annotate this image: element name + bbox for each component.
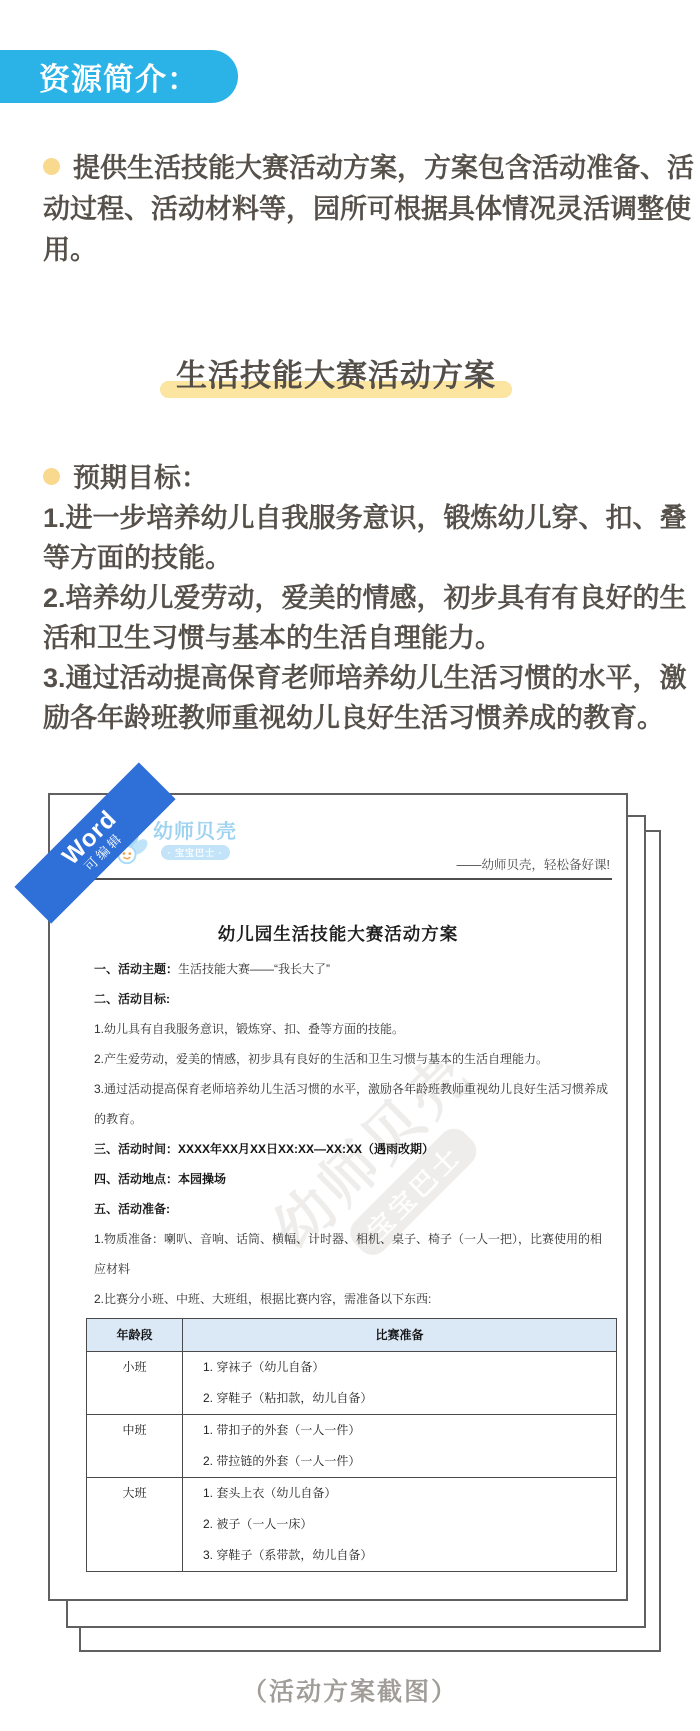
table-row: 大班1. 套头上衣（幼儿自备）2. 被子（一人一床）3. 穿鞋子（系带款，幼儿自…: [87, 1478, 617, 1572]
goal-item: 3.通过活动提高保育老师培养幼儿生活习惯的水平，激励各年龄班教师重视幼儿良好生活…: [43, 658, 700, 738]
doc-title: 幼儿园生活技能大赛活动方案: [50, 921, 626, 946]
age-group-cell: 大班: [87, 1478, 183, 1572]
age-group-cell: 小班: [87, 1352, 183, 1415]
goal-item: 2.培养幼儿爱劳动，爱美的情感，初步具有有良好的生活和卫生习惯与基本的生活自理能…: [43, 578, 700, 658]
promo-page: 资源简介： 提供生活技能大赛活动方案，方案包含活动准备、活动过程、活动材料等，园…: [0, 0, 700, 1731]
doc-paragraph: 二、活动目标:: [94, 984, 608, 1014]
goals-heading-row: 预期目标：: [43, 458, 700, 498]
age-group-cell: 中班: [87, 1415, 183, 1478]
preparation-cell: 1. 套头上衣（幼儿自备）2. 被子（一人一床）3. 穿鞋子（系带款，幼儿自备）: [183, 1478, 617, 1572]
preparation-item: 1. 带扣子的外套（一人一件）: [183, 1415, 616, 1446]
resource-intro-badge: 资源简介：: [0, 50, 238, 103]
brand-name: 幼师贝壳: [153, 821, 237, 843]
page-title-text: 生活技能大赛活动方案: [176, 358, 496, 393]
bullet-dot-icon: [43, 468, 60, 485]
preparation-item: 2. 穿鞋子（粘扣款，幼儿自备）: [183, 1383, 616, 1414]
table-row: 中班1. 带扣子的外套（一人一件）2. 带拉链的外套（一人一件）: [87, 1415, 617, 1478]
doc-paragraph: 三、活动时间：XXXX年XX月XX日XX:XX—XX:XX（遇雨改期）: [94, 1134, 608, 1164]
preparation-cell: 1. 穿袜子（幼儿自备）2. 穿鞋子（粘扣款，幼儿自备）: [183, 1352, 617, 1415]
goals-heading: 预期目标：: [73, 463, 208, 493]
header-divider: [92, 878, 612, 880]
page-title: 生活技能大赛活动方案: [0, 350, 672, 395]
preparation-item: 3. 穿鞋子（系带款，幼儿自备）: [183, 1540, 616, 1571]
goal-item: 1.进一步培养幼儿自我服务意识，锻炼幼儿穿、扣、叠等方面的技能。: [43, 498, 700, 578]
bullet-dot-icon: [43, 158, 60, 175]
doc-body: 一、活动主题：生活技能大赛——“我长大了”二、活动目标:1.幼儿具有自我服务意识…: [50, 954, 626, 1572]
brand-sub-badge: · 宝宝巴士 ·: [161, 845, 230, 860]
preparation-item: 2. 被子（一人一床）: [183, 1509, 616, 1540]
preparation-item: 1. 套头上衣（幼儿自备）: [183, 1478, 616, 1509]
screenshot-caption: （活动方案截图）: [0, 1672, 700, 1708]
doc-paragraph: 四、活动地点：本园操场: [94, 1164, 608, 1194]
doc-paragraph: 2.产生爱劳动，爱美的情感，初步具有良好的生活和卫生习惯与基本的生活自理能力。: [94, 1044, 608, 1074]
intro-text: 提供生活技能大赛活动方案，方案包含活动准备、活动过程、活动材料等，园所可根据具体…: [43, 153, 694, 265]
doc-tagline: ——幼师贝壳，轻松备好课!: [457, 855, 610, 873]
preparation-table: 年龄段 比赛准备 小班1. 穿袜子（幼儿自备）2. 穿鞋子（粘扣款，幼儿自备）中…: [86, 1318, 617, 1572]
goals-section: 预期目标： 1.进一步培养幼儿自我服务意识，锻炼幼儿穿、扣、叠等方面的技能。2.…: [43, 458, 700, 738]
preparation-item: 2. 带拉链的外套（一人一件）: [183, 1446, 616, 1477]
intro-paragraph: 提供生活技能大赛活动方案，方案包含活动准备、活动过程、活动材料等，园所可根据具体…: [43, 148, 700, 271]
doc-paragraph: 2.比赛分小班、中班、大班组，根据比赛内容，需准备以下东西:: [94, 1284, 608, 1314]
table-header-age-group: 年龄段: [87, 1319, 183, 1352]
table-header-row: 年龄段 比赛准备: [87, 1319, 617, 1352]
doc-paragraph: 1.幼儿具有自我服务意识，锻炼穿、扣、叠等方面的技能。: [94, 1014, 608, 1044]
doc-paragraph: 一、活动主题：生活技能大赛——“我长大了”: [94, 954, 608, 984]
preparation-item: 1. 穿袜子（幼儿自备）: [183, 1352, 616, 1383]
doc-paragraphs: 一、活动主题：生活技能大赛——“我长大了”二、活动目标:1.幼儿具有自我服务意识…: [94, 954, 608, 1314]
doc-paragraph: 1.物质准备：喇叭、音响、话筒、横幅、计时器、相机、桌子、椅子（一人一把），比赛…: [94, 1224, 608, 1284]
goals-list: 1.进一步培养幼儿自我服务意识，锻炼幼儿穿、扣、叠等方面的技能。2.培养幼儿爱劳…: [43, 498, 700, 738]
doc-page-front: Word 可编辑 幼师贝壳: [48, 793, 628, 1601]
table-row: 小班1. 穿袜子（幼儿自备）2. 穿鞋子（粘扣款，幼儿自备）: [87, 1352, 617, 1415]
doc-paragraph: 3.通过活动提高保育老师培养幼儿生活习惯的水平，激励各年龄班教师重视幼儿良好生活…: [94, 1074, 608, 1134]
preparation-cell: 1. 带扣子的外套（一人一件）2. 带拉链的外套（一人一件）: [183, 1415, 617, 1478]
table-header-preparation: 比赛准备: [183, 1319, 617, 1352]
doc-paragraph: 五、活动准备:: [94, 1194, 608, 1224]
